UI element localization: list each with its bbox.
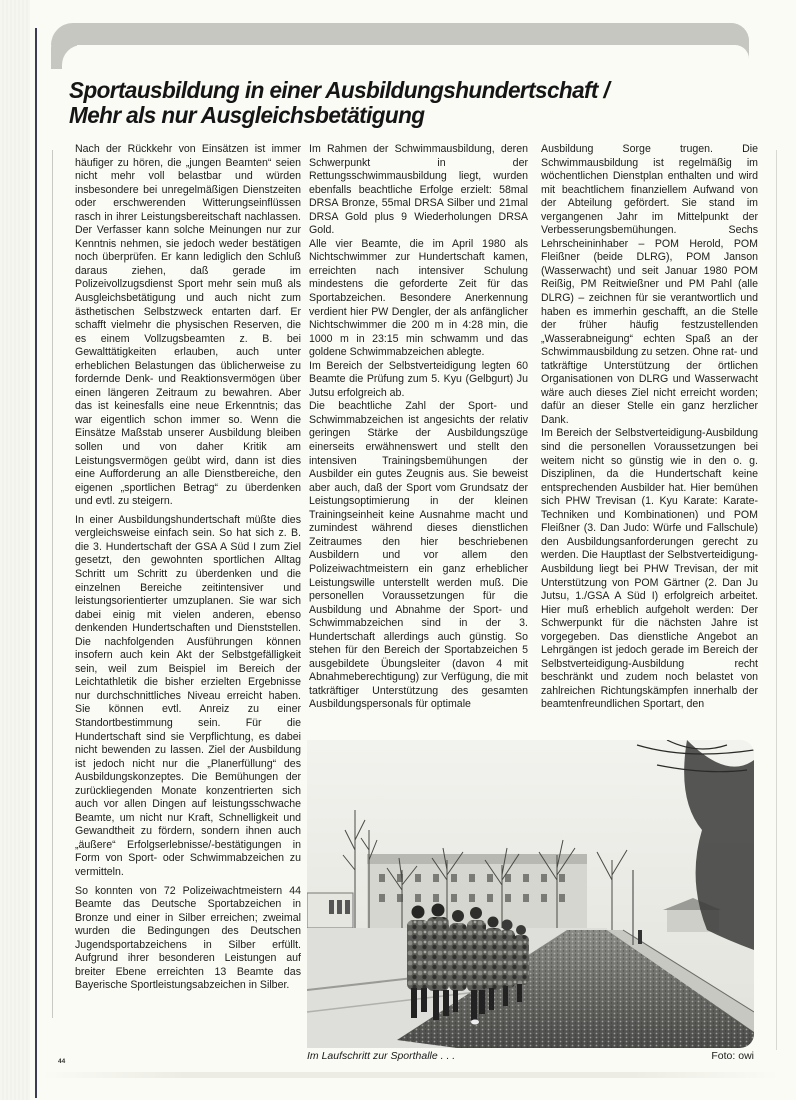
paragraph: Nach der Rückkehr von Einsätzen ist imme… xyxy=(75,143,301,509)
page-number: 44 xyxy=(58,1058,65,1065)
article-photo xyxy=(307,740,754,1048)
text-column-1: Nach der Rückkehr von Einsätzen ist imme… xyxy=(75,143,301,993)
article-title: Sportausbildung in einer Ausbildungshund… xyxy=(69,78,755,128)
page-edge-line xyxy=(35,28,37,1098)
scan-artifact xyxy=(40,1072,780,1078)
paragraph: Im Bereich der Selbstverteidigung legten… xyxy=(309,360,528,401)
photo-credit: Foto: owi xyxy=(700,1050,754,1062)
column-rule-right xyxy=(776,150,777,1050)
scan-margin-texture xyxy=(0,0,30,1100)
paragraph: Alle vier Beamte, die im April 1980 als … xyxy=(309,238,528,360)
paragraph: Im Bereich der Selbstverteidigung-Ausbil… xyxy=(541,427,758,711)
paragraph: So konnten von 72 Polizeiwachtmeistern 4… xyxy=(75,885,301,993)
photo-caption: Im Laufschritt zur Sporthalle . . . xyxy=(307,1050,455,1062)
text-column-3: Ausbildung Sorge trugen. Die Schwimmausb… xyxy=(541,143,758,712)
text-column-2: Im Rahmen der Schwimmausbildung, deren S… xyxy=(309,143,528,712)
paragraph: In einer Ausbildungshundertschaft müßte … xyxy=(75,514,301,880)
title-line-2: Mehr als nur Ausgleichsbetätigung xyxy=(69,102,424,128)
banner-bar xyxy=(51,23,749,45)
column-rule-left xyxy=(52,150,53,1018)
paragraph: Im Rahmen der Schwimmausbildung, deren S… xyxy=(309,143,528,238)
title-line-1: Sportausbildung in einer Ausbildungshund… xyxy=(69,77,609,103)
photo-running-trainees xyxy=(307,740,754,1048)
paragraph: Ausbildung Sorge trugen. Die Schwimmausb… xyxy=(541,143,758,427)
paragraph: Die beachtliche Zahl der Sport- und Schw… xyxy=(309,400,528,712)
